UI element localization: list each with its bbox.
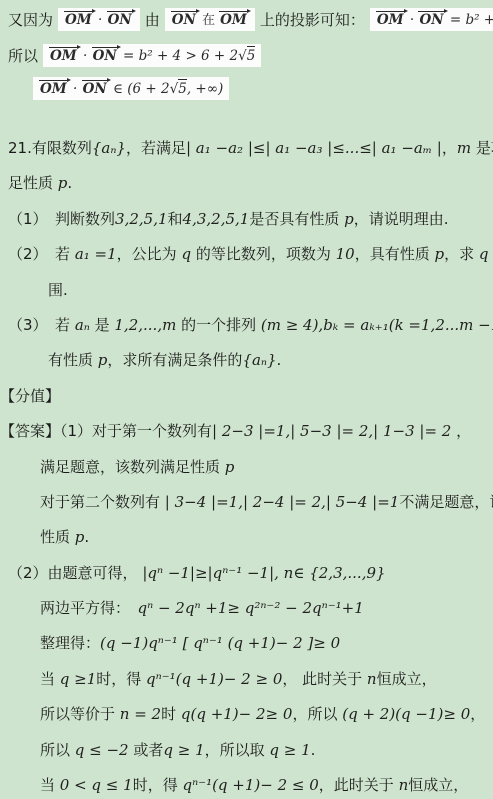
text-line: 21.有限数列{aₙ}，若满足| a₁ −a₂ |≤| a₁ −a₃ |≤...…: [0, 131, 493, 166]
text-line: 所以等价于 n = 2时 q(q +1)− 2≥ 0，所以 (q + 2)(q …: [0, 697, 493, 732]
vector-om: OM: [49, 47, 79, 63]
text-run: q: [181, 245, 191, 263]
formula-line-3: OM · ON ∈ (6 + 2√5, +∞): [33, 77, 229, 100]
formula-interval: OM · ON ∈ (6 + 2√5, +∞): [33, 77, 229, 100]
text-run: | 2−3 |=1,| 5−3 |= 2,| 1−3 |= 2: [212, 422, 451, 440]
text-run: p: [344, 210, 354, 228]
text-line: （1） 判断数列3,2,5,1和4,3,2,5,1是否具有性质 p，请说明理由.: [0, 202, 493, 237]
text-run: n: [399, 776, 409, 794]
formula-line-2: 所以 OM · ON = b² + 4 > 6 + 2√5: [8, 44, 261, 67]
radicand: 5: [178, 79, 187, 97]
text-run: 【答案】（1）对于第一个数列有: [0, 422, 212, 440]
text-run: 是项数，则称: [471, 139, 493, 157]
text-run: 1,2,...,m: [114, 316, 176, 334]
text-run: 时: [161, 705, 181, 723]
formula-rest: = b² + 4: [446, 12, 493, 28]
text-run: ，: [451, 422, 471, 440]
text-line: 满足题意，该数列满足性质 p: [0, 450, 493, 485]
text-run: q(q +1)− 2≥ 0: [181, 705, 293, 723]
text-run: ，公比为: [117, 245, 182, 263]
text-run: 所以: [40, 741, 75, 759]
text-run: | a₁ −a₂ |≤| a₁ −a₃ |≤...≤| a₁ −aₘ |: [186, 139, 442, 157]
text-run: {aₙ}: [92, 139, 126, 157]
text-run: 足性质: [8, 174, 58, 192]
body-section: 21.有限数列{aₙ}，若满足| a₁ −a₂ |≤| a₁ −a₃ |≤...…: [0, 131, 493, 799]
text-line: 所以 q ≤ −2 或者q ≥ 1，所以取 q ≥ 1.: [0, 733, 493, 768]
text-line: 【分值】: [0, 379, 493, 414]
text-run: | 3−4 |=1,| 2−4 |= 2,| 5−4 |=1: [165, 493, 400, 511]
dot-operator: ·: [69, 81, 82, 97]
text-run: 3,2,5,1: [115, 210, 167, 228]
text-run: p: [98, 351, 108, 369]
text-run: q ≥ 1: [269, 741, 310, 759]
text-run: 时，得: [96, 670, 146, 688]
text-run: （2）由题意可得，: [8, 564, 142, 582]
text-run: ，求所有满足条件的: [107, 351, 242, 369]
text-line: （2） 若 a₁ =1，公比为 q 的等比数列，项数为 10，具有性质 p，求 …: [0, 237, 493, 272]
text-line: 对于第二个数列有 | 3−4 |=1,| 2−4 |= 2,| 5−4 |=1不…: [0, 485, 493, 520]
text-run: 和: [168, 210, 183, 228]
vector-om: OM: [219, 11, 249, 27]
text-run: 围.: [48, 281, 68, 299]
text-run: a₁ =1: [75, 245, 117, 263]
text-run: qⁿ⁻¹(q +1)− 2 ≤ 0: [182, 776, 318, 794]
text-line: （2）由题意可得， |qⁿ −1|≥|qⁿ⁻¹ −1|, n∈ {2,3,...…: [0, 556, 493, 591]
text-run: 的一个排列: [176, 316, 261, 334]
text-line: 有性质 p，求所有满足条件的{aₙ}.: [0, 343, 493, 378]
text-run: m: [457, 139, 471, 157]
text-line: 围.: [0, 273, 493, 308]
page: 又因为 OM · ON 由 ON 在 OM 上的投影可知： OM · ON = …: [0, 0, 493, 799]
text-run: .: [277, 351, 282, 369]
text-run: 当: [40, 776, 60, 794]
text-run: n: [367, 670, 377, 688]
text-line: 【答案】（1）对于第一个数列有| 2−3 |=1,| 5−3 |= 2,| 1−…: [0, 414, 493, 449]
text-run: 恒成立，: [377, 670, 437, 688]
text-run: q ≥1: [60, 670, 96, 688]
text-run: （3） 若: [8, 316, 75, 334]
text-run: （2） 若: [8, 245, 75, 263]
text-run: ，: [442, 139, 457, 157]
formula-inequality: OM · ON = b² + 4 > 6 + 2√5: [43, 44, 261, 67]
text-run: p: [434, 245, 444, 263]
text-run: ，若满足: [126, 139, 186, 157]
text-line: 两边平方得： qⁿ − 2qⁿ +1≥ q²ⁿ⁻² − 2qⁿ⁻¹+1: [0, 591, 493, 626]
line1-suffix: 上的投影可知：: [260, 9, 365, 30]
text-run: 4,3,2,5,1: [183, 210, 250, 228]
text-run: q ≤ −2: [75, 741, 129, 759]
text-run: .: [84, 528, 89, 546]
text-run: 10: [336, 245, 355, 263]
formula-om-dot-on: OM · ON: [58, 8, 140, 31]
text-run: 21.有限数列: [8, 139, 92, 157]
text-run: 是否具有性质: [249, 210, 344, 228]
text-run: 所以等价于: [40, 705, 120, 723]
vector-on: ON: [107, 11, 134, 27]
text-run: 满足题意，该数列满足性质: [40, 458, 225, 476]
vector-om: OM: [39, 80, 69, 96]
dot-operator: ·: [94, 12, 107, 28]
vector-om: OM: [64, 11, 94, 27]
text-run: 恒成立，: [408, 776, 468, 794]
text-run: ，此时关于: [319, 776, 399, 794]
text-run: （1） 判断数列: [8, 210, 115, 228]
text-line: 性质 p.: [0, 520, 493, 555]
text-run: 或者: [129, 741, 164, 759]
text-run: ，所以: [292, 705, 342, 723]
text-run: ，求: [444, 245, 479, 263]
text-run: p: [75, 528, 85, 546]
formula-on-on-om: ON 在 OM: [165, 8, 255, 31]
text-run: n = 2: [120, 705, 161, 723]
text-run: 【分值】: [0, 387, 60, 405]
text-run: 不满足题意，该数列不满足: [399, 493, 493, 511]
text-run: 是: [90, 316, 115, 334]
text-run: q ≥ 1: [163, 741, 204, 759]
text-run: 的等比数列，项数为: [191, 245, 336, 263]
text-run: 性质: [40, 528, 75, 546]
line1-prefix: 又因为: [8, 9, 53, 30]
text-run: {aₙ}: [242, 351, 276, 369]
text-run: (m ≥ 4),bₖ = aₖ₊₁(k =1,2...m −1),{aₙ},{b…: [261, 316, 493, 334]
formula-rest: ∈ (6 + 2√: [109, 81, 179, 97]
line2-prefix: 所以: [8, 45, 38, 66]
text-run: .: [311, 741, 316, 759]
text-run: ， 此时关于: [282, 670, 367, 688]
formula-line-1: 又因为 OM · ON 由 ON 在 OM 上的投影可知： OM · ON = …: [8, 8, 493, 31]
text-run: qⁿ − 2qⁿ +1≥ q²ⁿ⁻² − 2qⁿ⁻¹+1: [138, 599, 364, 617]
vector-on: ON: [92, 47, 119, 63]
text-run: aₙ: [75, 316, 90, 334]
formula-rest: = b² + 4 > 6 + 2√: [119, 48, 247, 64]
line1-mid: 由: [145, 9, 160, 30]
text-line: （3） 若 aₙ 是 1,2,...,m 的一个排列 (m ≥ 4),bₖ = …: [0, 308, 493, 343]
vector-on: ON: [418, 11, 445, 27]
text-run: 时，得: [133, 776, 183, 794]
radicand: 5: [247, 46, 256, 64]
text-run: ，所以取: [205, 741, 270, 759]
vector-on: ON: [171, 11, 198, 27]
vector-on: ON: [82, 80, 109, 96]
formula-dot-product-b2: OM · ON = b² + 4: [370, 8, 493, 31]
text-run: (q −1)qⁿ⁻¹ [ qⁿ⁻¹ (q +1)− 2 ]≥ 0: [100, 634, 340, 652]
text-run: ，: [470, 705, 485, 723]
text-run: p: [58, 174, 68, 192]
text-run: 的取值范: [488, 245, 493, 263]
text-line: 当 0 < q ≤ 1时，得 qⁿ⁻¹(q +1)− 2 ≤ 0，此时关于 n恒…: [0, 768, 493, 799]
projection-word: 在: [198, 13, 219, 28]
text-run: p: [225, 458, 235, 476]
text-run: 两边平方得：: [40, 599, 138, 617]
text-run: 当: [40, 670, 60, 688]
text-line: 整理得：(q −1)qⁿ⁻¹ [ qⁿ⁻¹ (q +1)− 2 ]≥ 0: [0, 626, 493, 661]
text-run: 整理得：: [40, 634, 100, 652]
formula-tail: , +∞): [187, 81, 223, 97]
text-line: 当 q ≥1时，得 qⁿ⁻¹(q +1)− 2 ≥ 0， 此时关于 n恒成立，: [0, 662, 493, 697]
text-run: 对于第二个数列有: [40, 493, 165, 511]
text-run: qⁿ⁻¹(q +1)− 2 ≥ 0: [146, 670, 282, 688]
text-run: ，具有性质: [355, 245, 435, 263]
vector-om: OM: [376, 11, 406, 27]
text-run: 有性质: [48, 351, 98, 369]
text-run: (q + 2)(q −1)≥ 0: [342, 705, 470, 723]
text-run: 0 < q ≤ 1: [60, 776, 133, 794]
text-run: ，请说明理由.: [354, 210, 449, 228]
text-line: 足性质 p.: [0, 166, 493, 201]
text-run: .: [67, 174, 72, 192]
dot-operator: ·: [406, 12, 419, 28]
dot-operator: ·: [79, 48, 92, 64]
text-run: |qⁿ −1|≥|qⁿ⁻¹ −1|, n∈ {2,3,...,9}: [142, 564, 385, 582]
